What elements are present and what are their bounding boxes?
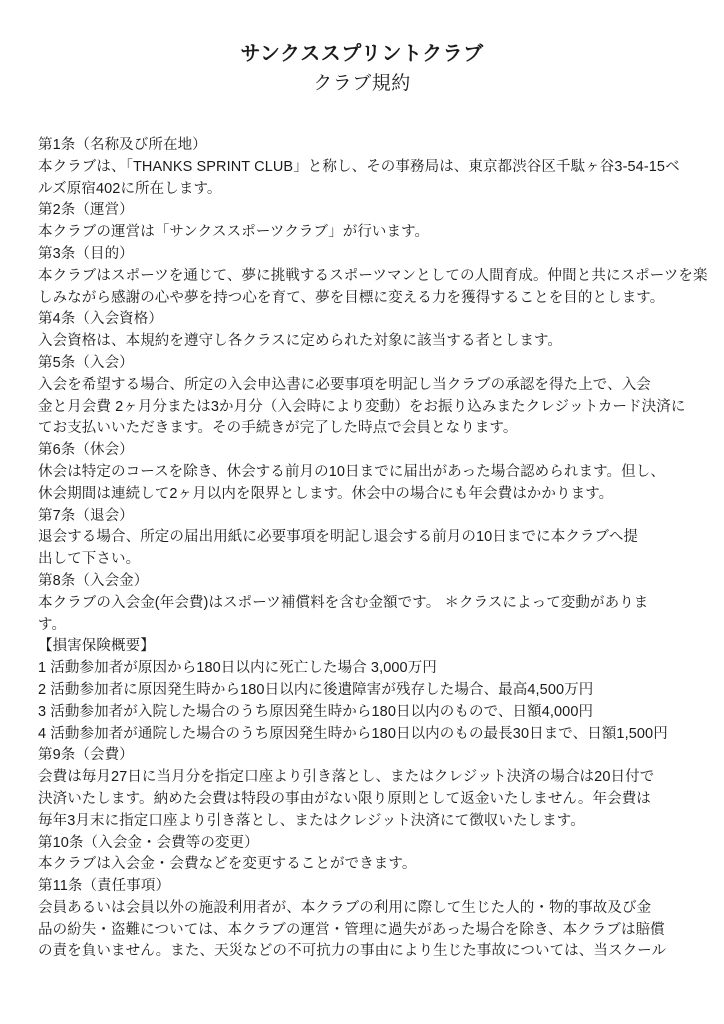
document-line: 第6条（休会）: [38, 440, 694, 462]
document-line: 3 活動参加者が入院した場合のうち原因発生時から180日以内のもので、日額4,0…: [38, 702, 694, 724]
document-line: 本クラブはスポーツを通じて、夢に挑戦するスポーツマンとしての人間育成。仲間と共に…: [38, 266, 694, 288]
document-line: 第3条（目的）: [38, 244, 694, 266]
document-line: 2 活動参加者に原因発生時から180日以内に後遺障害が残存した場合、最高4,50…: [38, 680, 694, 702]
document-line: 入会資格は、本規約を遵守し各クラスに定められた対象に該当する者とします。: [38, 331, 694, 353]
document-line: 第5条（入会）: [38, 353, 694, 375]
document-line: 決済いたします。納めた会費は特段の事由がない限り原則として返金いたしません。年会…: [38, 789, 694, 811]
document-line: 本クラブの入会金(年会費)はスポーツ補償料を含む金額です。 ＊クラスによって変動…: [38, 593, 694, 615]
document-line: 1 活動参加者が原因から180日以内に死亡した場合 3,000万円: [38, 658, 694, 680]
document-line: 休会は特定のコースを除き、休会する前月の10日までに届出があった場合認められます…: [38, 462, 694, 484]
document-line: 第7条（退会）: [38, 506, 694, 528]
document-line: てお支払いいただきます。その手続きが完了した時点で会員となります。: [38, 418, 694, 440]
document-header: サンクススプリントクラブ クラブ規約: [0, 0, 724, 98]
document-line: 休会期間は連続して2ヶ月以内を限界とします。休会中の場合にも年会費はかかります。: [38, 484, 694, 506]
document-line: 退会する場合、所定の届出用紙に必要事項を明記し退会する前月の10日までに本クラブ…: [38, 527, 694, 549]
document-line: 第4条（入会資格）: [38, 309, 694, 331]
document-line: 会費は毎月27日に当月分を指定口座より引き落とし、またはクレジット決済の場合は2…: [38, 767, 694, 789]
document-line: 第1条（名称及び所在地）: [38, 135, 694, 157]
document-body: 第1条（名称及び所在地）本クラブは、「THANKS SPRINT CLUB」と称…: [0, 135, 724, 963]
document-line: ルズ原宿402に所在します。: [38, 179, 694, 201]
document-line: 本クラブの運営は「サンクススポーツクラブ」が行います。: [38, 222, 694, 244]
document-line: 第2条（運営）: [38, 200, 694, 222]
document-line: 【損害保険概要】: [38, 636, 694, 658]
document-line: 本クラブは入会金・会費などを変更することができます。: [38, 854, 694, 876]
document-line: 本クラブは、「THANKS SPRINT CLUB」と称し、その事務局は、東京都…: [38, 157, 694, 179]
document-line: 第8条（入会金）: [38, 571, 694, 593]
document-line: 会員あるいは会員以外の施設利用者が、本クラブの利用に際して生じた人的・物的事故及…: [38, 898, 694, 920]
document-line: の責を負いません。また、天災などの不可抗力の事由により生じた事故については、当ス…: [38, 941, 694, 963]
document-line: 第9条（会費）: [38, 745, 694, 767]
document-line: しみながら感謝の心や夢を持つ心を育て、夢を目標に変える力を獲得することを目的とし…: [38, 288, 694, 310]
document-line: 第10条（入会金・会費等の変更）: [38, 833, 694, 855]
document-line: 毎年3月末に指定口座より引き落とし、またはクレジット決済にて徴収いたします。: [38, 811, 694, 833]
document-line: 出して下さい。: [38, 549, 694, 571]
document-title: サンクススプリントクラブ: [0, 40, 724, 69]
document-subtitle: クラブ規約: [0, 69, 724, 98]
document-line: 入会を希望する場合、所定の入会申込書に必要事項を明記し当クラブの承認を得た上で、…: [38, 375, 694, 397]
document-line: 4 活動参加者が通院した場合のうち原因発生時から180日以内のもの最長30日まで…: [38, 724, 694, 746]
document-line: す。: [38, 615, 694, 637]
document-line: 金と月会費 2ヶ月分または3か月分（入会時により変動）をお振り込みまたクレジット…: [38, 397, 694, 419]
document-page: サンクススプリントクラブ クラブ規約 第1条（名称及び所在地）本クラブは、「TH…: [0, 0, 724, 1024]
document-line: 第11条（責任事項）: [38, 876, 694, 898]
document-line: 品の紛失・盗難については、本クラブの運営・管理に過失があった場合を除き、本クラブ…: [38, 920, 694, 942]
